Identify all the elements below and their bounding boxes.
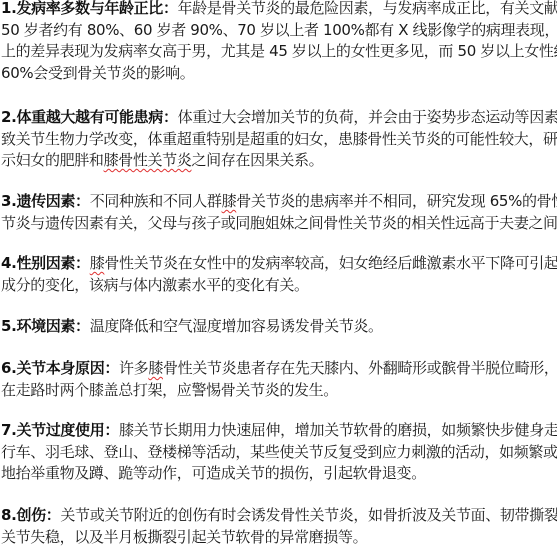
section-3-number: 3. (1, 192, 16, 210)
section-7-text: 膝关节长期用力快速屈伸，增加关节软骨的磨损，如频繁快步健身走、自 (119, 421, 557, 439)
section-5-heading: 环境因素： (16, 317, 89, 335)
section-2: 2.体重越大越有可能患病：体重过大会增加关节的负荷，并会由于姿势步态运动等因素，… (1, 107, 557, 172)
section-8-text: 关节或关节附近的创伤有时会诱发骨性关节炎，如骨折波及关节面、韧带撕裂导致 (60, 506, 557, 524)
section-7-heading: 关节过度使用： (16, 421, 119, 439)
section-4-text-part: 骨性关节炎在女性中的发病率较高，妇女绝经后雌激素水平下降可引起软骨 (104, 254, 557, 272)
section-6-line-1: 6.关节本身原因：许多膝骨性关节炎患者存在先天膝内、外翻畸形或髌骨半脱位畸形，如… (1, 358, 557, 380)
section-1-line-3: 上的差异表现为发病率女高于男，尤其是 45 岁以上的女性更多见，而 50 岁以上… (1, 41, 557, 63)
section-5-line-1: 5.环境因素：温度降低和空气湿度增加容易诱发骨关节炎。 (1, 316, 557, 338)
section-7: 7.关节过度使用：膝关节长期用力快速屈伸，增加关节软骨的磨损，如频繁快步健身走、… (1, 420, 557, 485)
section-1-line-4: 60%会受到骨关节炎的影响。 (1, 63, 557, 85)
section-3-line-2: 节炎与遗传因素有关，父母与孩子或同胞姐妹之间骨性关节炎的相关性远高于夫妻之间。 (1, 213, 557, 235)
section-1-number: 1. (1, 0, 16, 17)
section-4-heading: 性别因素： (16, 254, 89, 272)
spellcheck-flagged-term: 膝 (148, 359, 163, 377)
spellcheck-flagged-term: 膝 (90, 254, 105, 272)
section-6-heading: 关节本身原因： (16, 359, 119, 377)
section-6-number: 6. (1, 359, 16, 377)
section-6-text-part: 骨性关节炎患者存在先天膝内、外翻畸形或髌骨半脱位畸形，如果 (163, 359, 557, 377)
section-1-text: 年龄是骨关节炎的最危险因素，与发病率成正比，有关文献报道， (178, 0, 557, 17)
section-8-line-1: 8.创伤：关节或关节附近的创伤有时会诱发骨性关节炎，如骨折波及关节面、韧带撕裂导… (1, 505, 557, 527)
section-2-number: 2. (1, 108, 16, 126)
section-2-line-3: 示妇女的肥胖和膝骨性关节炎之间存在因果关系。 (1, 150, 557, 172)
section-2-text-part: 之间存在因果关系。 (191, 151, 323, 169)
section-8-heading: 创伤： (16, 506, 60, 524)
section-4: 4.性别因素：膝骨性关节炎在女性中的发病率较高，妇女绝经后雌激素水平下降可引起软… (1, 253, 557, 296)
section-3-heading: 遗传因素： (16, 192, 89, 210)
section-2-line-2: 致关节生物力学改变，体重超重特别是超重的妇女，患膝骨性关节炎的可能性较大，研究提 (1, 129, 557, 151)
article-document: 1.发病率多数与年龄正比：年龄是骨关节炎的最危险因素，与发病率成正比，有关文献报… (0, 0, 557, 547)
section-5-text: 温度降低和空气湿度增加容易诱发骨关节炎。 (90, 317, 383, 335)
section-2-text: 体重过大会增加关节的负荷，并会由于姿势步态运动等因素，导 (178, 108, 557, 126)
section-1-line-2: 50 岁者约有 80%、60 岁者 90%、70 岁以上者 100%都有 X 线… (1, 20, 557, 42)
section-6-text-part: 许多 (119, 359, 148, 377)
section-2-heading: 体重越大越有可能患病： (16, 108, 177, 126)
section-1-heading: 发病率多数与年龄正比： (16, 0, 177, 17)
section-7-line-2: 行车、羽毛球、登山、登楼梯等活动，某些使关节反复受到应力刺激的活动，如频繁或反复 (1, 442, 557, 464)
section-2-text-part: 示妇女的肥胖和 (1, 151, 104, 169)
section-3-line-1: 3.遗传因素：不同种族和不同人群膝骨关节炎的患病率并不相同，研究发现 65%的骨… (1, 191, 557, 213)
section-5-number: 5. (1, 317, 16, 335)
section-2-line-1: 2.体重越大越有可能患病：体重过大会增加关节的负荷，并会由于姿势步态运动等因素，… (1, 107, 557, 129)
section-7-number: 7. (1, 421, 16, 439)
section-4-number: 4. (1, 254, 16, 272)
section-8-line-2: 关节失稳，以及半月板撕裂引起关节软骨的异常磨损等。 (1, 527, 557, 547)
section-7-line-3: 地抬举重物及蹲、跪等动作，可造成关节的损伤，引起软骨退变。 (1, 463, 557, 485)
section-3-text-part: 不同种族和不同人群 (90, 192, 222, 210)
section-8: 8.创伤：关节或关节附近的创伤有时会诱发骨性关节炎，如骨折波及关节面、韧带撕裂导… (1, 505, 557, 547)
section-4-line-1: 4.性别因素：膝骨性关节炎在女性中的发病率较高，妇女绝经后雌激素水平下降可引起软… (1, 253, 557, 275)
section-3: 3.遗传因素：不同种族和不同人群膝骨关节炎的患病率并不相同，研究发现 65%的骨… (1, 191, 557, 234)
spellcheck-flagged-term: 膝骨性关节炎 (104, 151, 192, 169)
section-3-text-part: 骨关节炎的患病率并不相同，研究发现 65%的骨性关 (236, 192, 557, 210)
section-8-number: 8. (1, 506, 16, 524)
section-5: 5.环境因素：温度降低和空气湿度增加容易诱发骨关节炎。 (1, 316, 557, 338)
section-1: 1.发病率多数与年龄正比：年龄是骨关节炎的最危险因素，与发病率成正比，有关文献报… (1, 0, 557, 84)
section-6: 6.关节本身原因：许多膝骨性关节炎患者存在先天膝内、外翻畸形或髌骨半脱位畸形，如… (1, 358, 557, 401)
section-4-line-2: 成分的变化，该病与体内激素水平的变化有关。 (1, 275, 557, 297)
section-7-line-1: 7.关节过度使用：膝关节长期用力快速屈伸，增加关节软骨的磨损，如频繁快步健身走、… (1, 420, 557, 442)
section-1-line-1: 1.发病率多数与年龄正比：年龄是骨关节炎的最危险因素，与发病率成正比，有关文献报… (1, 0, 557, 20)
section-6-line-2: 在走路时两个膝盖总打架，应警惕骨关节炎的发生。 (1, 380, 557, 402)
spellcheck-flagged-term: 膝 (222, 192, 237, 210)
